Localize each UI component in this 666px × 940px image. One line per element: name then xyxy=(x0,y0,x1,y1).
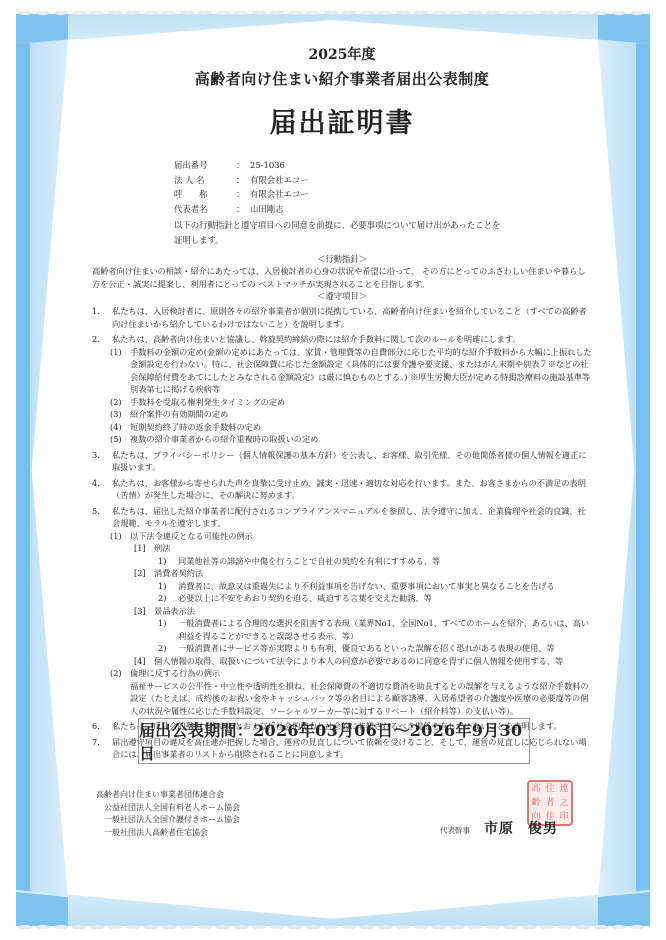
item-number: 1. xyxy=(92,305,112,330)
sub-number: (4) xyxy=(110,421,130,434)
info-label: 法 人 名 xyxy=(174,173,236,188)
border-corner-top-right xyxy=(598,14,650,44)
border-corner-bottom-right xyxy=(598,892,650,926)
guidelines-text: 高齢者向け住まいの相談・紹介にあたっては、入居検討者の心身の状況や希望に沿って、… xyxy=(92,265,592,290)
law-number: [1] xyxy=(134,542,154,555)
seal-char: 高 xyxy=(531,784,540,794)
sub-text: 紹介案件の有効期間の定め xyxy=(130,408,228,421)
seal-char: 印 xyxy=(559,812,568,822)
example-text: 同業他社等の誹謗や中傷を行うことで自社の契約を有利にすすめる、等 xyxy=(178,555,440,568)
info-label: 呼 称 xyxy=(174,187,236,202)
issuing-organizations: 高齢者向け住まい事業者団体連合会 公益社団法人全国有料老人ホーム協会 一般社団法… xyxy=(96,789,240,839)
border-corner-top-left xyxy=(16,14,68,44)
law-example: 1) 一般消費者による合理的な選択を阻害する表現（業界No1、全国No1、すべて… xyxy=(92,617,592,642)
item-number: 7. xyxy=(92,736,112,761)
certificate-title: 届出証明書 xyxy=(92,101,592,140)
item-number: 4. xyxy=(92,477,112,502)
example-text: 必要以上に不安をあおり契約を迫る、威迫する言葉を交えた勧誘、等 xyxy=(178,592,432,605)
scallop-edge-top xyxy=(16,10,650,16)
border-bottom xyxy=(16,890,650,926)
law-name: 個人情報の取得、取扱いについて法令により本人の同意が必要であるのに同意を得ずに個… xyxy=(154,655,563,668)
seal-char: 者 xyxy=(545,798,554,808)
law-premiums-representations: [3] 景品表示法 xyxy=(92,605,592,618)
member-org: 公益社団法人全国有料老人ホーム協会 xyxy=(96,802,240,815)
signer-name: 市原俊男 xyxy=(484,818,558,838)
fee-rule-2: (2) 手数料を受取る権利発生タイミングの定め xyxy=(92,396,592,409)
guidelines-heading: ＜行動指針＞ xyxy=(92,253,592,265)
info-colon: ： xyxy=(236,173,250,188)
law-number: [4] xyxy=(134,655,154,668)
signer-family-name: 市原 xyxy=(484,821,514,837)
member-org: 一般社団法人全国介護付きホーム協会 xyxy=(96,814,240,827)
sub-number: (5) xyxy=(110,433,130,446)
info-row-representative: 代表者名 ： 山田剛志 xyxy=(174,202,592,217)
sub-number: (2) xyxy=(110,667,130,680)
fee-rule-1: (1) 手数料の金額の定め(金額の定めにあたっては、家賃・管理費等の自費部分に応… xyxy=(92,346,592,396)
info-row-trade-name: 呼 称 ： 有限会社エコー xyxy=(174,187,592,202)
compliance-item-4: 4. 私たちは、お客様から寄せられた声を真摯に受け止め、誠実・迅速・適切な対応を… xyxy=(92,477,592,502)
compliance-heading: ＜遵守項目＞ xyxy=(92,290,592,302)
trade-name: 有限会社エコー xyxy=(250,187,309,202)
sub-number: (2) xyxy=(110,396,130,409)
item-number: 6. xyxy=(92,720,112,733)
federation-name: 高齢者向け住まい事業者団体連合会 xyxy=(96,789,240,802)
info-row-corporate-name: 法 人 名 ： 有限会社エコー xyxy=(174,173,592,188)
item-number: 5. xyxy=(92,505,112,530)
sub-text: 複数の紹介事業者からの紹介重複時の取扱いの定め xyxy=(130,433,318,446)
law-example: 2) 必要以上に不安をあおり契約を迫る、威迫する言葉を交えた勧誘、等 xyxy=(92,592,592,605)
law-example: 1) 消費者に、故意又は重過失により不利益事項を告げない、重要事項において事実と… xyxy=(92,580,592,593)
item-text: 私たちは、入居検討者に、原則各々の紹介事業者が個別に提携している、高齢者向け住ま… xyxy=(112,305,592,330)
item-number: 2. xyxy=(92,333,112,346)
legal-violations-heading: (1) 以下法令違反となる可能性の例示 xyxy=(92,530,592,543)
border-corner-bottom-left xyxy=(16,892,68,926)
signatory: 代表幹事 市原俊男 xyxy=(440,818,558,838)
info-colon: ： xyxy=(236,187,250,202)
law-number: [2] xyxy=(134,567,154,580)
registrant-info: 届出番号 ： 25-1036 法 人 名 ： 有限会社エコー 呼 称 ： 有限会… xyxy=(174,158,592,247)
example-number: 2) xyxy=(158,592,178,605)
info-colon: ： xyxy=(236,158,250,173)
example-number: 2) xyxy=(158,642,178,655)
example-number: 1) xyxy=(158,580,178,593)
sub-number: (1) xyxy=(110,346,130,396)
signer-role: 代表幹事 xyxy=(440,825,470,836)
info-row-registration-number: 届出番号 ： 25-1036 xyxy=(174,158,592,173)
law-name: 消費者契約法 xyxy=(154,567,203,580)
scallop-edge-bottom xyxy=(16,924,650,930)
fee-rule-5: (5) 複数の紹介事業者からの紹介重複時の取扱いの定め xyxy=(92,433,592,446)
registration-number: 25-1036 xyxy=(250,158,285,173)
signer-given-name: 俊男 xyxy=(528,821,558,837)
law-criminal: [1] 刑法 xyxy=(92,542,592,555)
sub-text: 手数料を受取る権利発生タイミングの定め xyxy=(130,396,285,409)
sub-number: (1) xyxy=(110,530,130,543)
sub-text: 手数料の金額の定め(金額の定めにあたっては、家賃・管理費等の自費部分に応じた平均… xyxy=(130,346,592,396)
sub-text: 短期契約終了時の返金手数料の定め xyxy=(130,421,261,434)
item-text: 私たちは、高齢者向け住まいと協議し、斡旋契約締結の際には紹介手数料に関して次のル… xyxy=(112,333,592,346)
border-left xyxy=(16,40,68,900)
representative-name: 山田剛志 xyxy=(250,202,284,217)
program-name: 高齢者向け住まい紹介事業者届出公表制度 xyxy=(92,68,592,89)
law-name: 景品表示法 xyxy=(154,605,195,618)
certification-statement: 以下の行動指針と遵守項目への同意を前提に、必要事項について届け出があったことを証… xyxy=(174,218,504,247)
seal-char: 連 xyxy=(559,784,568,794)
compliance-item-1: 1. 私たちは、入居検討者に、原則各々の紹介事業者が個別に提携している、高齢者向… xyxy=(92,305,592,330)
seal-char: 之 xyxy=(559,798,568,808)
ethics-violations-text: 福祉サービスの公平性・中立性や透明性を損ね、社会保障費の不適切な費消を助長すると… xyxy=(92,680,592,718)
corporate-name: 有限会社エコー xyxy=(250,173,309,188)
example-text: 一般消費者にサービス等が実際よりも有利、優良であるといった誤解を招く恐れがある表… xyxy=(178,642,555,655)
compliance-item-5: 5. 私たちは、届出した紹介事業者に配付されるコンプライアンスマニュアルを参照し… xyxy=(92,505,592,530)
law-example: 1) 同業他社等の誹謗や中傷を行うことで自社の契約を有利にすすめる、等 xyxy=(92,555,592,568)
ethics-violations-heading: (2) 倫理に反する行為の例示 xyxy=(92,667,592,680)
sub-text: 倫理に反する行為の例示 xyxy=(130,667,220,680)
info-colon: ： xyxy=(236,202,250,217)
border-right xyxy=(598,40,650,900)
info-label: 届出番号 xyxy=(174,158,236,173)
fiscal-year: 2025年度 xyxy=(92,44,592,64)
example-text: 一般消費者による合理的な選択を阻害する表現（業界No1、全国No1、すべてのホー… xyxy=(178,617,592,642)
law-name: 刑法 xyxy=(154,542,170,555)
compliance-item-3: 3. 私たちは、プライバシーポリシー（個人情報保護の基本方針）を公表し、お客様、… xyxy=(92,449,592,474)
compliance-item-2: 2. 私たちは、高齢者向け住まいと協議し、斡旋契約締結の際には紹介手数料に関して… xyxy=(92,333,592,346)
law-consumer-contract: [2] 消費者契約法 xyxy=(92,567,592,580)
item-number: 3. xyxy=(92,449,112,474)
fee-rule-3: (3) 紹介案件の有効期間の定め xyxy=(92,408,592,421)
example-text: 消費者に、故意又は重過失により不利益事項を告げない、重要事項において事実と異なる… xyxy=(178,580,555,593)
certificate-body: 2025年度 高齢者向け住まい紹介事業者届出公表制度 届出証明書 届出番号 ： … xyxy=(92,38,592,761)
example-number: 1) xyxy=(158,555,178,568)
law-personal-info: [4] 個人情報の取得、取扱いについて法令により本人の同意が必要であるのに同意を… xyxy=(92,655,592,668)
member-org: 一般社団法人高齢者住宅協会 xyxy=(96,827,240,840)
info-label: 代表者名 xyxy=(174,202,236,217)
example-number: 1) xyxy=(158,617,178,642)
publication-period: 届出公表期間：2026年03月06日～2026年9月30日 xyxy=(138,718,530,764)
item-text: 私たちは、お客様から寄せられた声を真摯に受け止め、誠実・迅速・適切な対応を行いま… xyxy=(112,477,592,502)
item-text: 私たちは、届出した紹介事業者に配付されるコンプライアンスマニュアルを参照し、法令… xyxy=(112,505,592,530)
sub-text: 以下法令違反となる可能性の例示 xyxy=(130,530,253,543)
seal-char: 住 xyxy=(545,784,554,794)
law-example: 2) 一般消費者にサービス等が実際よりも有利、優良であるといった誤解を招く恐れが… xyxy=(92,642,592,655)
sub-number: (3) xyxy=(110,408,130,421)
fee-rule-4: (4) 短期契約終了時の返金手数料の定め xyxy=(92,421,592,434)
law-number: [3] xyxy=(134,605,154,618)
seal-char: 齢 xyxy=(531,798,540,808)
item-text: 私たちは、プライバシーポリシー（個人情報保護の基本方針）を公表し、お客様、取引先… xyxy=(112,449,592,474)
